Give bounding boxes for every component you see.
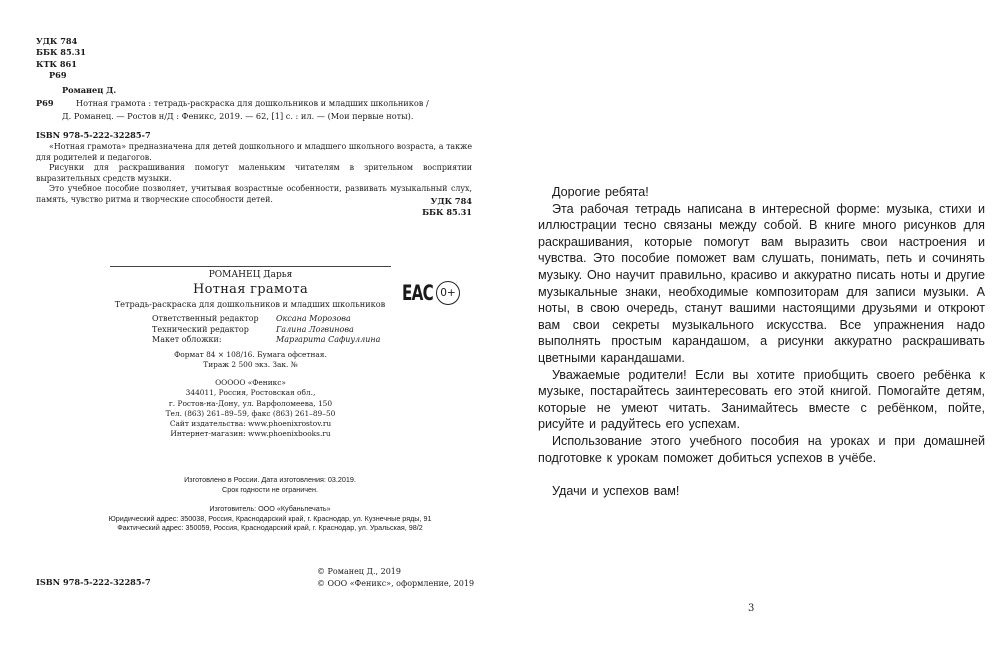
left-page-imprint: УДК 784 ББК 85.31 КТК 861 Р69 Романец Д.… [0,0,500,651]
copyright-line: © ООО «Феникс», оформление, 2019 [317,578,474,590]
staff-name: Галина Логвинова [276,325,354,336]
letter-body: Дорогие ребята! Эта рабочая тетрадь напи… [538,184,985,499]
copyright-line: © Романец Д., 2019 [317,566,474,578]
spacer [538,466,985,483]
annotation-paragraph: Это учебное пособие позволяет, учитывая … [36,184,472,205]
imprint-title: Нотная грамота [110,282,391,297]
staff-row: Ответственный редактор Оксана Морозова [152,314,380,325]
print-format: Формат 84 × 108/16. Бумага офсетная. Тир… [110,350,391,370]
format-line: Формат 84 × 108/16. Бумага офсетная. [110,350,391,360]
catalog-author-heading: Романец Д. [62,85,116,95]
manufacture-line: Изготовлено в России. Дата изготовления:… [80,475,460,485]
letter-paragraph: Эта рабочая тетрадь написана в интересно… [538,201,985,367]
isbn-top: ISBN 978-5-222-32285-7 [36,130,151,140]
staff-row: Технический редактор Галина Логвинова [152,325,380,336]
staff-role: Ответственный редактор [152,314,276,325]
catalog-description-line2: Д. Романец. — Ростов н/Д : Феникс, 2019.… [62,111,413,121]
format-line: Тираж 2 500 экз. Зак. № [110,360,391,370]
staff-role: Технический редактор [152,325,276,336]
letter-paragraph: Уважаемые родители! Если вы хотите приоб… [538,367,985,433]
manufacturer-line: Изготовитель: ООО «Кубаньпечать» [60,504,480,514]
publisher-website: Сайт издательства: www.phoenixrostov.ru [110,419,391,429]
manufacturer-line: Фактический адрес: 350059, Россия, Красн… [60,523,480,533]
bbk-code: ББК 85.31 [36,47,86,58]
page-number: 3 [748,603,754,614]
letter-closing: Удачи и успехов вам! [538,483,985,500]
isbn-bottom: ISBN 978-5-222-32285-7 [36,577,151,587]
imprint-author: РОМАНЕЦ Дарья [110,270,391,280]
bbk-code: ББК 85.31 [422,207,472,218]
author-sign: Р69 [36,70,86,81]
staff-role: Макет обложки: [152,335,276,346]
staff-row: Макет обложки: Маргарита Сафиуллина [152,335,380,346]
publisher-line: 344011, Россия, Ростовская обл., [110,388,391,398]
udk-bottom-codes: УДК 784 ББК 85.31 [422,196,472,218]
eac-logo-icon: EAC [402,281,422,305]
catalog-description-line1: Нотная грамота : тетрадь-раскраска для д… [76,98,429,108]
manufacturer-info: Изготовитель: ООО «Кубаньпечать» Юридиче… [60,504,480,533]
annotation: «Нотная грамота» предназначена для детей… [36,142,472,206]
annotation-paragraph: Рисунки для раскрашивания помогут малень… [36,163,472,184]
certification-marks: EAC 0+ [402,281,460,305]
manufacture-info: Изготовлено в России. Дата изготовления:… [80,475,460,494]
publisher-shop: Интернет-магазин: www.phoenixbooks.ru [110,429,391,439]
staff-name: Оксана Морозова [276,314,351,325]
annotation-paragraph: «Нотная грамота» предназначена для детей… [36,142,472,163]
manufacture-line: Срок годности не ограничен. [80,485,460,495]
letter-paragraph: Использование этого учебного пособия на … [538,433,985,466]
publisher-line: Тел. (863) 261–89–59, факс (863) 261–89–… [110,409,391,419]
divider-rule [110,266,391,267]
manufacturer-line: Юридический адрес: 350038, Россия, Красн… [60,514,480,524]
publisher-info: ООООО «Феникс» 344011, Россия, Ростовска… [110,378,391,440]
publisher-line: ООООО «Феникс» [110,378,391,388]
classification-codes: УДК 784 ББК 85.31 КТК 861 Р69 [36,36,86,81]
staff-name: Маргарита Сафиуллина [276,335,380,346]
copyright: © Романец Д., 2019 © ООО «Феникс», оформ… [317,566,474,589]
udk-code: УДК 784 [36,36,86,47]
staff-list: Ответственный редактор Оксана Морозова Т… [152,314,380,346]
imprint-subtitle: Тетрадь-раскраска для дошкольников и мла… [80,299,420,309]
ktk-code: КТК 861 [36,59,86,70]
age-rating-badge: 0+ [436,281,460,305]
udk-code: УДК 784 [422,196,472,207]
catalog-code: Р69 [36,98,54,108]
publisher-line: г. Ростов-на-Дону, ул. Варфоломеева, 150 [110,399,391,409]
letter-greeting: Дорогие ребята! [538,184,985,201]
